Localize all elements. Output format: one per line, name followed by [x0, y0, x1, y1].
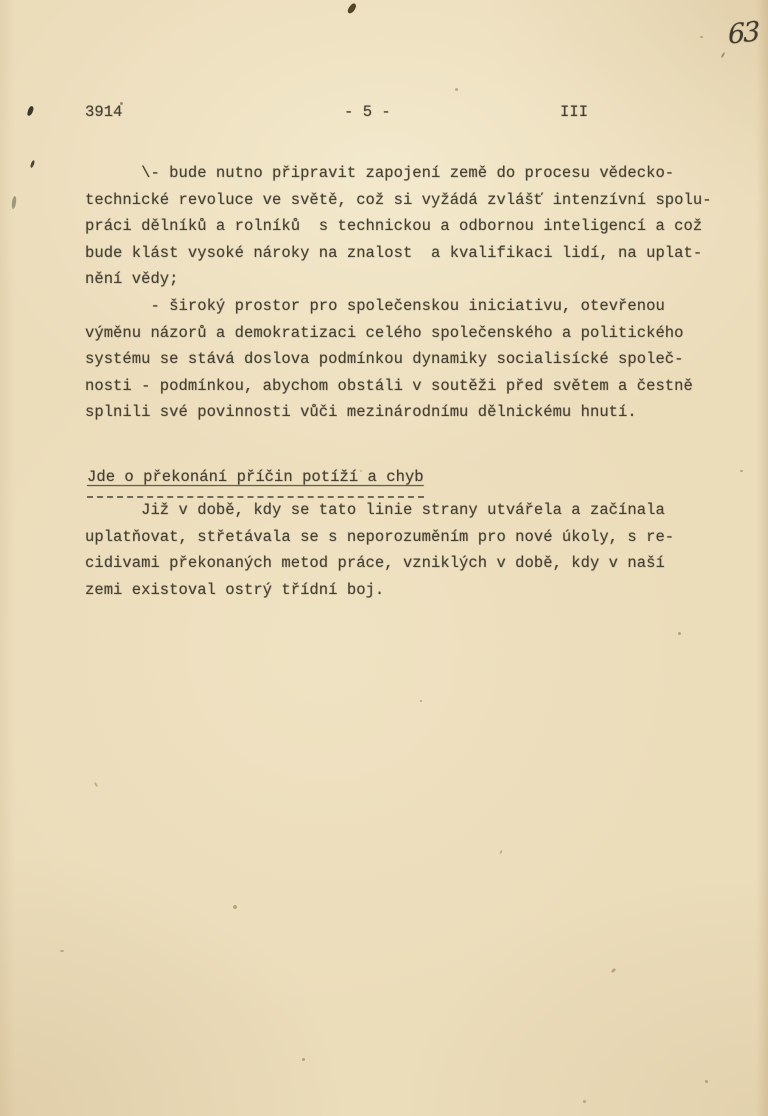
header-page-number: - 5 -: [344, 99, 391, 126]
paper-speck: [60, 950, 64, 952]
paper-speck: [302, 1058, 305, 1061]
paragraph-jiz-v-dobe: Již v době, kdy se tato linie strany utv…: [85, 497, 730, 603]
paper-speck: [30, 160, 36, 169]
header-section-number: III: [560, 99, 588, 126]
document-page: 63 3914 - 5 - III \- bude nutno připravi…: [0, 0, 768, 1116]
paper-speck: [611, 968, 617, 974]
paper-speck: [233, 905, 237, 909]
paper-speck: [700, 36, 703, 38]
paper-speck: [420, 700, 422, 702]
paper-speck: [120, 102, 123, 105]
paper-speck: [455, 88, 458, 91]
paper-speck: [360, 470, 362, 472]
paper-speck: [583, 1100, 586, 1103]
paper-speck: [499, 850, 502, 854]
paragraph-siroky-prostor: - široký prostor pro společenskou inicia…: [85, 293, 735, 426]
page-header: 3914 - 5 - III: [0, 99, 768, 126]
paper-speck: [94, 782, 98, 787]
header-doc-number: 3914: [85, 99, 122, 126]
paper-speck: [346, 2, 358, 14]
handwritten-page-number: 63: [728, 16, 759, 50]
paper-speck: [721, 52, 726, 58]
section-heading: Jde o překonání příčin potíží a chyb: [87, 464, 424, 498]
paper-speck: [740, 470, 743, 472]
paper-speck: [11, 196, 17, 209]
paper-speck: [705, 1080, 708, 1083]
paragraph-vedeckotechnicka-revoluce: \- bude nutno připravit zapojení země do…: [85, 160, 730, 293]
paper-speck: [678, 632, 681, 635]
